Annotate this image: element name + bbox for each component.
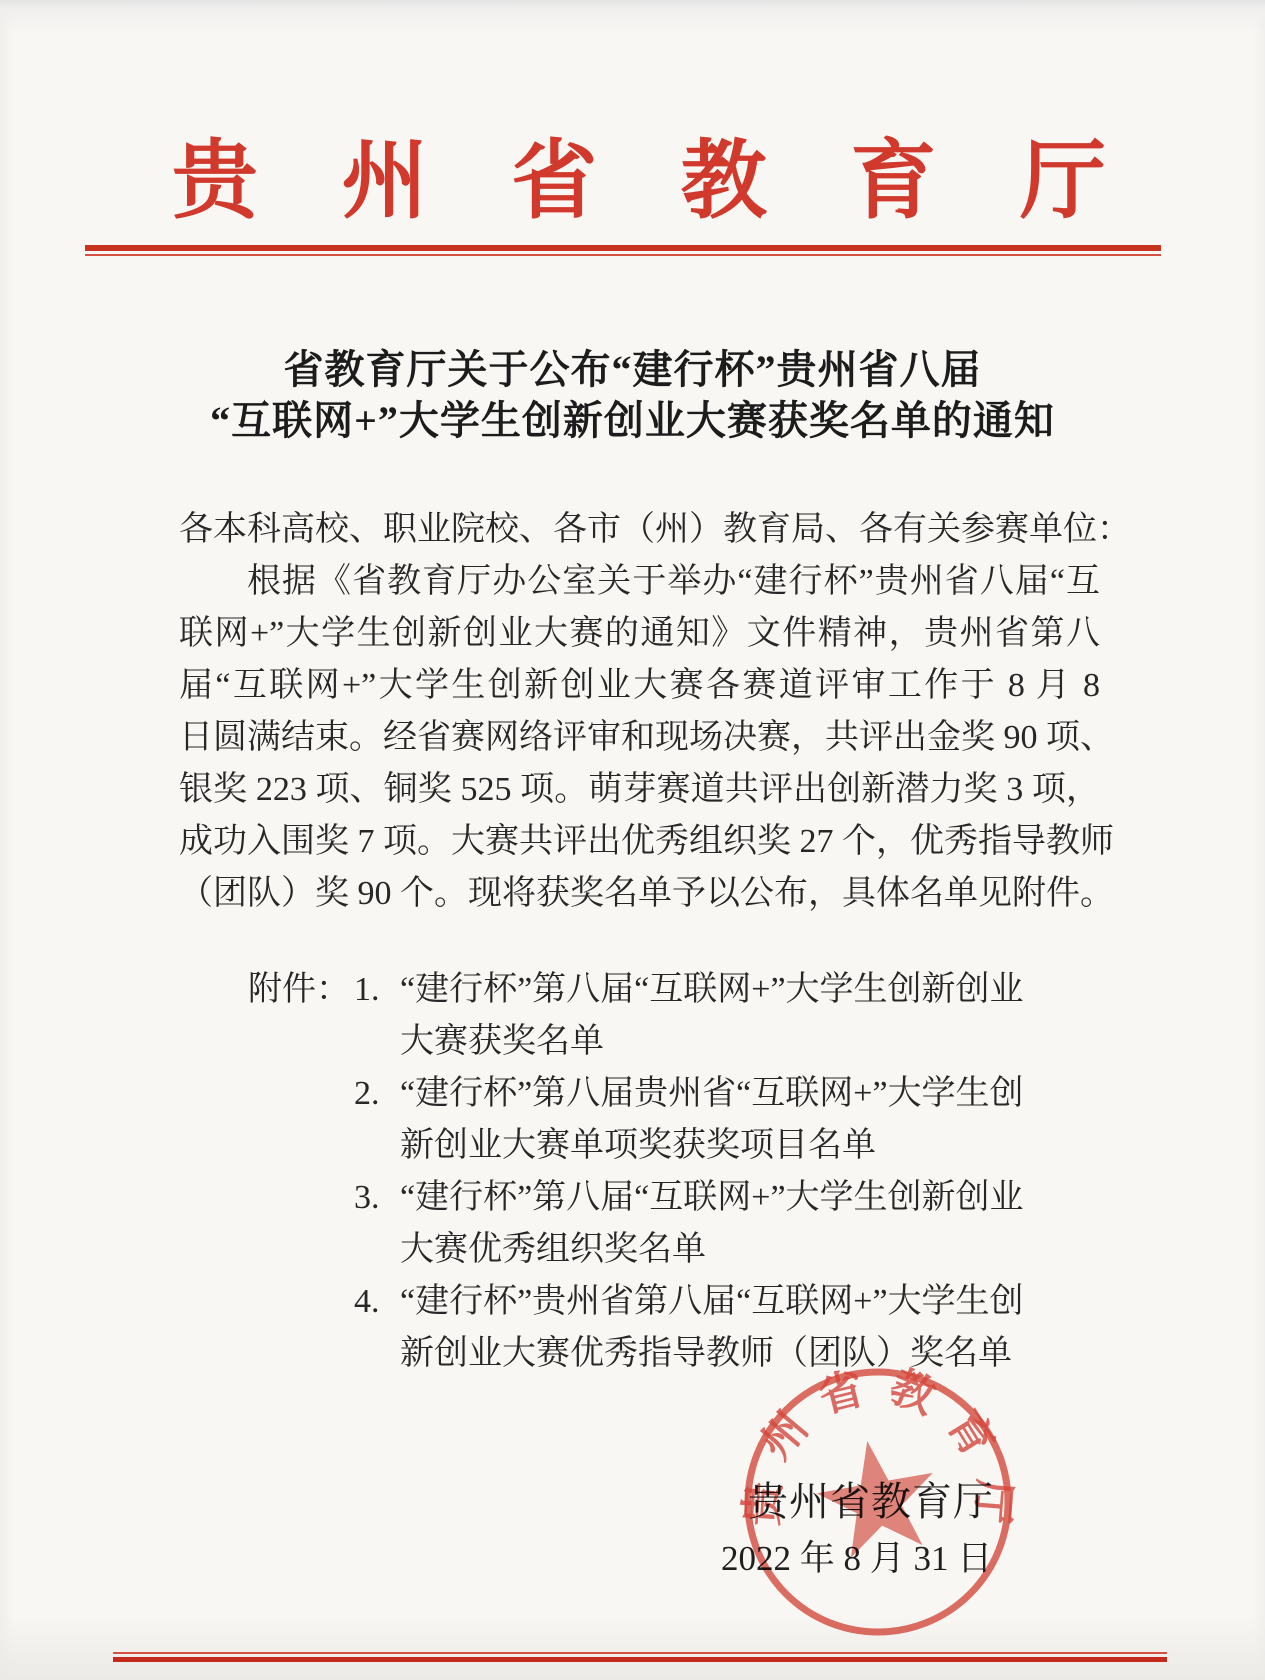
attachment-number: 3. (354, 1172, 400, 1276)
header-rule-thin-line (85, 254, 1161, 256)
footer-rule-thick-line (113, 1657, 1167, 1662)
attachment-number: 1. (354, 964, 400, 1068)
attachment-title-line: 大赛获奖名单 (400, 1016, 1118, 1068)
attachment-item: 1. “建行杯”第八届“互联网+”大学生创新创业 大赛获奖名单 (354, 964, 1118, 1068)
letterhead-char: 育 (850, 138, 936, 224)
official-seal: 贵州省教育厅 (728, 1352, 1028, 1652)
body-line: 届“互联网+”大学生创新创业大赛各赛道评审工作于 8 月 8 (179, 660, 1100, 712)
body-line: 日圆满结束。经省赛网络评审和现场决赛，共评出金奖 90 项、 (179, 712, 1100, 764)
document-title-line2: “互联网+”大学生创新创业大赛获奖名单的通知 (0, 395, 1265, 446)
attachment-number: 4. (354, 1276, 400, 1380)
attachment-list: 1. “建行杯”第八届“互联网+”大学生创新创业 大赛获奖名单 2. “建行杯”… (354, 964, 1118, 1380)
attachment-title-line: “建行杯”第八届“互联网+”大学生创新创业 (400, 964, 1118, 1016)
document-page: 贵 州 省 教 育 厅 省教育厅关于公布“建行杯”贵州省八届 “互联网+”大学生… (0, 0, 1265, 1680)
letterhead-char: 教 (681, 138, 767, 224)
attachment-title-line: 大赛优秀组织奖名单 (400, 1224, 1118, 1276)
attachment-title-line: “建行杯”贵州省第八届“互联网+”大学生创 (400, 1276, 1118, 1328)
document-title: 省教育厅关于公布“建行杯”贵州省八届 “互联网+”大学生创新创业大赛获奖名单的通… (0, 344, 1265, 446)
body-line: 根据《省教育厅办公室关于举办“建行杯”贵州省八届“互 (179, 556, 1100, 608)
body-line: 银奖 223 项、铜奖 525 项。萌芽赛道共评出创新潜力奖 3 项， (179, 764, 1100, 816)
body-line: 成功入围奖 7 项。大赛共评出优秀组织奖 27 个，优秀指导教师 (179, 816, 1100, 868)
letterhead-char: 州 (342, 138, 428, 224)
attachment-item: 2. “建行杯”第八届贵州省“互联网+”大学生创 新创业大赛单项奖获奖项目名单 (354, 1068, 1118, 1172)
attachment-title-line: “建行杯”第八届贵州省“互联网+”大学生创 (400, 1068, 1118, 1120)
attachment-item: 3. “建行杯”第八届“互联网+”大学生创新创业 大赛优秀组织奖名单 (354, 1172, 1118, 1276)
attachment-title-line: “建行杯”第八届“互联网+”大学生创新创业 (400, 1172, 1118, 1224)
body-line: 各本科高校、职业院校、各市（州）教育局、各有关参赛单位： (179, 504, 1100, 556)
attachments-label: 附件： (248, 964, 354, 1380)
document-title-line1: 省教育厅关于公布“建行杯”贵州省八届 (0, 344, 1265, 395)
letterhead-org-name: 贵 州 省 教 育 厅 (172, 138, 1106, 224)
body-line: 联网+”大学生创新创业大赛的通知》文件精神，贵州省第八 (179, 608, 1100, 660)
letterhead-char: 贵 (172, 138, 258, 224)
header-double-rule (85, 245, 1161, 256)
attachment-title-line: 新创业大赛单项奖获奖项目名单 (400, 1120, 1118, 1172)
seal-star (809, 1431, 945, 1562)
letterhead-char: 厅 (1020, 138, 1106, 224)
body-text: 各本科高校、职业院校、各市（州）教育局、各有关参赛单位： 根据《省教育厅办公室关… (179, 504, 1100, 920)
attachment-number: 2. (354, 1068, 400, 1172)
letterhead-char: 省 (511, 138, 597, 224)
body-line: （团队）奖 90 个。现将获奖名单予以公布，具体名单见附件。 (179, 868, 1100, 920)
attachments-block: 附件： 1. “建行杯”第八届“互联网+”大学生创新创业 大赛获奖名单 2. “… (248, 964, 1118, 1380)
footer-double-rule (113, 1652, 1167, 1662)
